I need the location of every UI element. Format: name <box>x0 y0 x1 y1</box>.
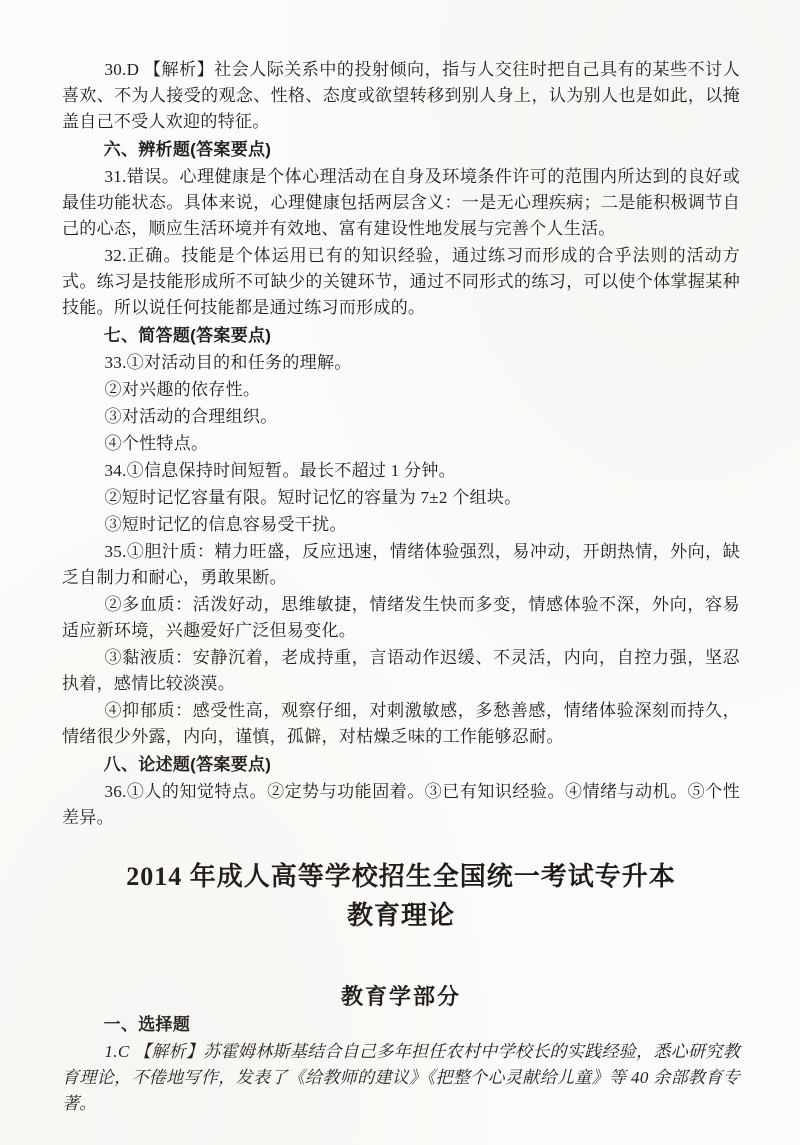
answer-item-33-point-4: ④个性特点。 <box>62 431 740 457</box>
section-heading-short-answer: 七、简答题(答案要点) <box>62 323 740 349</box>
part-title-pedagogy: 教育学部分 <box>62 983 740 1011</box>
answer-item-36: 36.①人的知觉特点。②定势与功能固着。③已有知识经验。④情绪与动机。⑤个性差异… <box>62 779 740 831</box>
answer-key-body: 30.D 【解析】社会人际关系中的投射倾向，指与人交往时把自己具有的某些不讨人喜… <box>62 57 740 831</box>
exam-title: 2014 年成人高等学校招生全国统一考试专升本 教育理论 <box>62 857 740 935</box>
answer-item-1: 1.C 【解析】苏霍姆林斯基结合自己多年担任农村中学校长的实践经验，悉心研究教育… <box>62 1039 740 1117</box>
answer-item-34-point-2: ②短时记忆容量有限。短时记忆的容量为 7±2 个组块。 <box>62 485 740 511</box>
answer-item-34-point-1: 34.①信息保持时间短暂。最长不超过 1 分钟。 <box>62 458 740 484</box>
answer-item-33-point-1: 33.①对活动目的和任务的理解。 <box>62 350 740 376</box>
answer-item-31: 31.错误。心理健康是个体心理活动在自身及环境条件许可的范围内所达到的良好或最佳… <box>62 164 740 242</box>
answer-item-35-point-3: ③黏液质：安静沉着，老成持重，言语动作迟缓、不灵活，内向，自控力强，坚忍执着，感… <box>62 645 740 697</box>
answer-item-35-point-1: 35.①胆汁质：精力旺盛，反应迅速，情绪体验强烈，易冲动，开朗热情，外向，缺乏自… <box>62 539 740 591</box>
answer-item-30: 30.D 【解析】社会人际关系中的投射倾向，指与人交往时把自己具有的某些不讨人喜… <box>62 57 740 135</box>
exam-title-line2: 教育理论 <box>62 896 740 935</box>
answer-item-33-point-2: ②对兴趣的依存性。 <box>62 377 740 403</box>
section-heading-essay: 八、论述题(答案要点) <box>62 752 740 778</box>
section-heading-multiple-choice: 一、选择题 <box>62 1012 740 1038</box>
exam-title-line1: 2014 年成人高等学校招生全国统一考试专升本 <box>62 857 740 896</box>
answer-item-34-point-3: ③短时记忆的信息容易受干扰。 <box>62 512 740 538</box>
answer-item-33-point-3: ③对活动的合理组织。 <box>62 404 740 430</box>
pedagogy-body: 一、选择题 1.C 【解析】苏霍姆林斯基结合自己多年担任农村中学校长的实践经验，… <box>62 1012 740 1117</box>
section-heading-discrimination: 六、辨析题(答案要点) <box>62 137 740 163</box>
answer-item-32: 32.正确。技能是个体运用已有的知识经验，通过练习而形成的合乎法则的活动方式。练… <box>62 243 740 321</box>
scanned-document-page: 30.D 【解析】社会人际关系中的投射倾向，指与人交往时把自己具有的某些不讨人喜… <box>0 0 800 1145</box>
answer-item-35-point-2: ②多血质：活泼好动，思维敏捷，情绪发生快而多变，情感体验不深，外向，容易适应新环… <box>62 592 740 644</box>
answer-item-35-point-4: ④抑郁质：感受性高，观察仔细，对刺激敏感，多愁善感，情绪体验深刻而持久，情绪很少… <box>62 698 740 750</box>
